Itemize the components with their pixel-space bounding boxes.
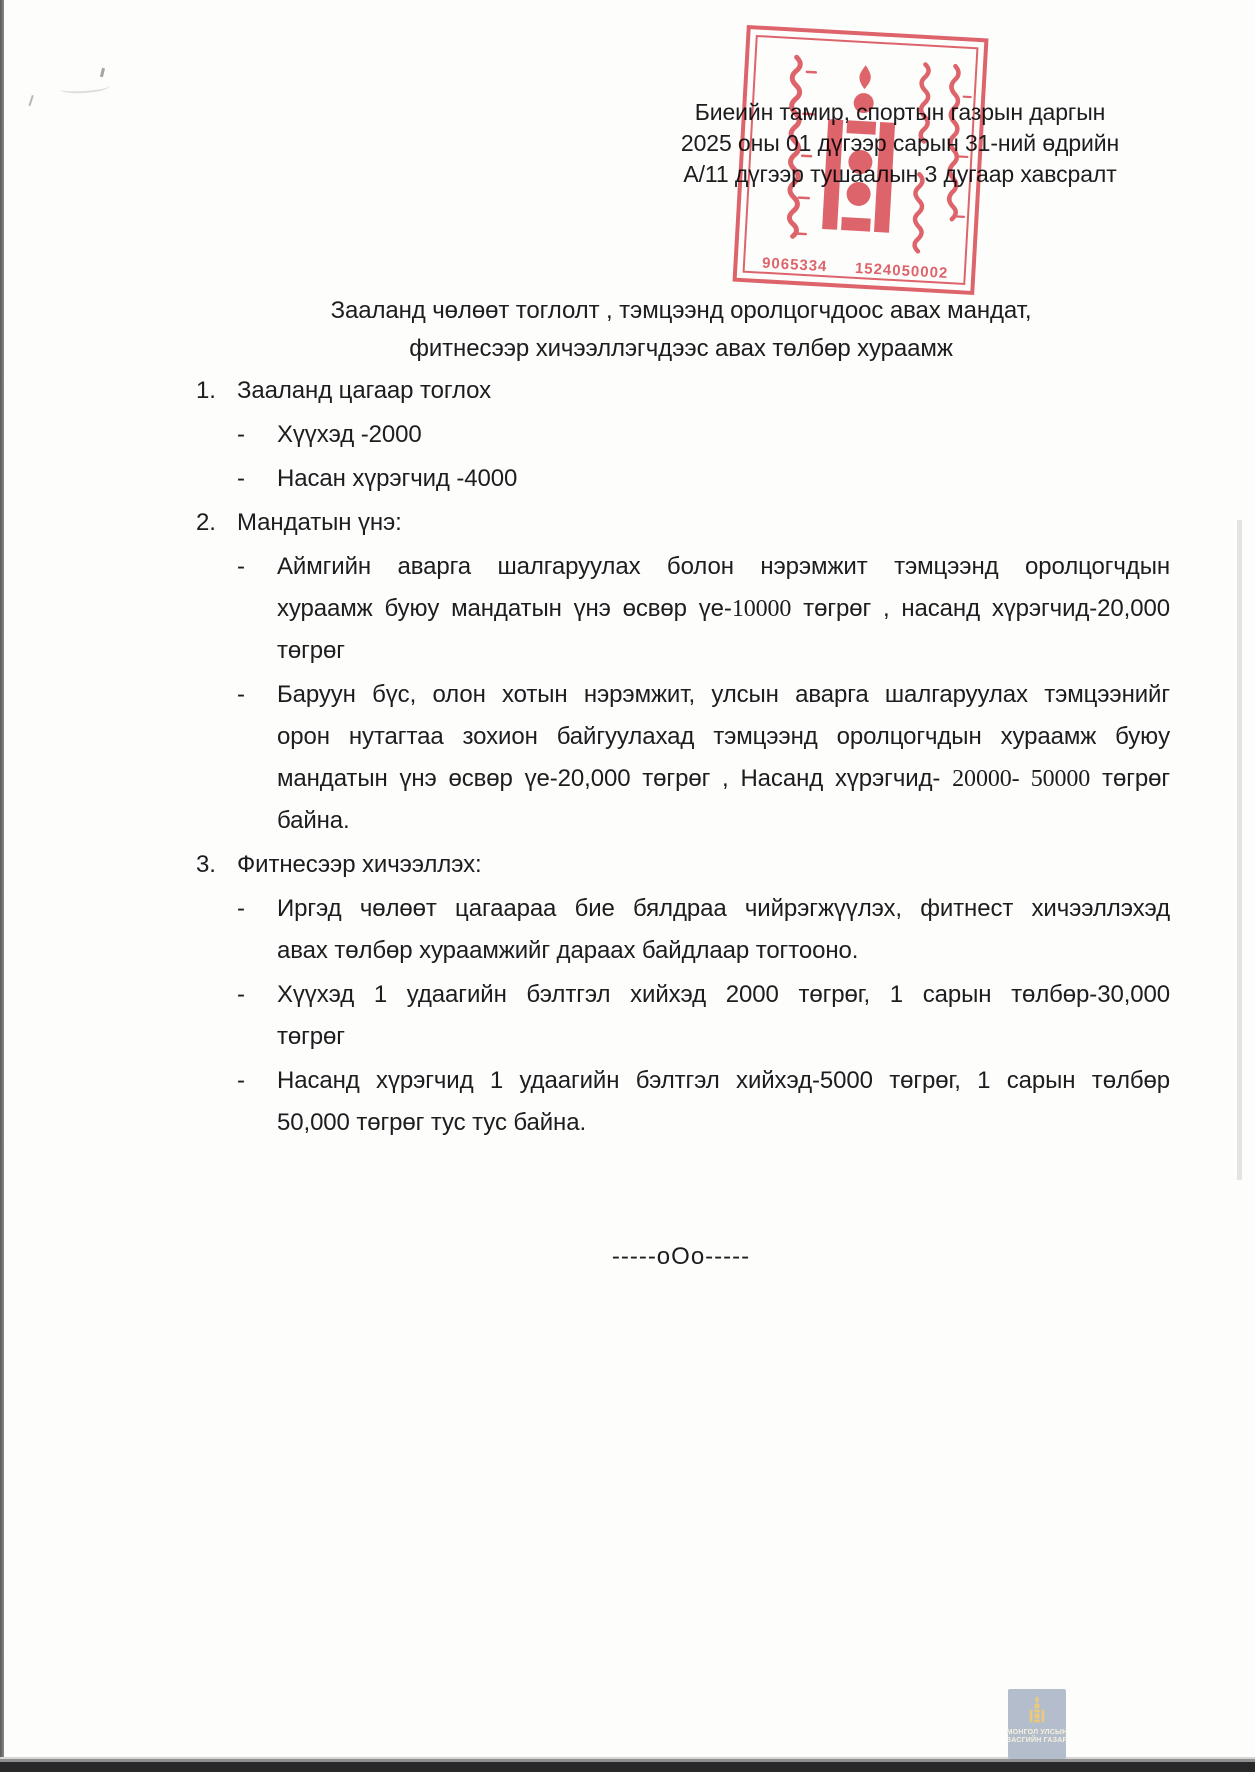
item-label: Зааланд цагаар тоглох [237,370,491,412]
bullet-text: Иргэд чөлөөт цагаараа бие бялдраа чийрэг… [277,888,1170,972]
item-number: 2. [196,502,237,544]
bullet-text: Хүүхэд -2000 [277,414,1170,456]
item-label: Мандатын үнэ: [237,502,402,544]
bullet-text: Насан хүрэгчид -4000 [277,458,1170,500]
scan-edge-left [0,0,4,1772]
bullet-dash: - [237,458,277,500]
bullet-dash: - [237,888,277,930]
badge-label: МОНГОЛ УЛСЫН ЗАСГИЙН ГАЗАР [1007,1729,1068,1745]
bullet-text: Аймгийн аварга шалгаруулах болон нэрэмжи… [277,546,1170,672]
bullet-item: - Иргэд чөлөөт цагаараа бие бялдраа чийр… [196,888,1176,972]
title-line-2: фитнесээр хичээллэгчдээс авах төлбөр хур… [281,330,1081,368]
bullet-dash: - [237,974,277,1016]
soyombo-icon [822,63,898,232]
bullet-item: - Баруун бүс, олон хотын нэрэмжит, улсын… [196,674,1176,842]
item-number: 1. [196,370,237,412]
doc-title: Зааланд чөлөөт тоглолт , тэмцээнд оролцо… [281,292,1081,368]
bullet-text: Хүүхэд 1 удаагийн бэлтгэл хийхэд 2000 тө… [277,974,1170,1058]
pencil-mark [60,80,111,94]
list-item-3: 3. Фитнесээр хичээллэх: [196,844,1176,886]
bullet-dash: - [237,414,277,456]
title-line-1: Зааланд чөлөөт тоглолт , тэмцээнд оролцо… [281,292,1081,330]
list-item-1: 1. Зааланд цагаар тоглох [196,370,1176,412]
official-stamp: 9065334 1524050002 [732,24,989,295]
bullet-dash: - [237,674,277,716]
bullet-dash: - [237,1060,277,1102]
item-label: Фитнесээр хичээллэх: [237,844,482,886]
pencil-mark [100,68,105,77]
document-page: Биеийн тамир, спортын газрын даргын 2025… [0,0,1255,1772]
list-item-2: 2. Мандатын үнэ: [196,502,1176,544]
bullet-text: Баруун бүс, олон хотын нэрэмжит, улсын а… [277,674,1170,842]
divider-ooo: -----оОо----- [0,1236,1255,1278]
scan-edge-bottom [0,1757,1255,1772]
pencil-mark [28,95,39,108]
badge-soyombo-icon [1026,1695,1048,1726]
bullet-item: - Аймгийн аварга шалгаруулах болон нэрэм… [196,546,1176,672]
fee-list: 1. Зааланд цагаар тоглох - Хүүхэд -2000 … [196,370,1176,1144]
bullet-item: - Хүүхэд -2000 [196,414,1176,456]
svg-text:9065334: 9065334 [762,255,828,276]
scan-edge-right [1237,520,1242,1180]
govt-badge: МОНГОЛ УЛСЫН ЗАСГИЙН ГАЗАР [1008,1689,1066,1759]
bullet-item: - Хүүхэд 1 удаагийн бэлтгэл хийхэд 2000 … [196,974,1176,1058]
bullet-text: Насанд хүрэгчид 1 удаагийн бэлтгэл хийхэ… [277,1060,1170,1144]
bullet-dash: - [237,546,277,588]
bullet-item: - Насанд хүрэгчид 1 удаагийн бэлтгэл хий… [196,1060,1176,1144]
bullet-item: - Насан хүрэгчид -4000 [196,458,1176,500]
item-number: 3. [196,844,237,886]
